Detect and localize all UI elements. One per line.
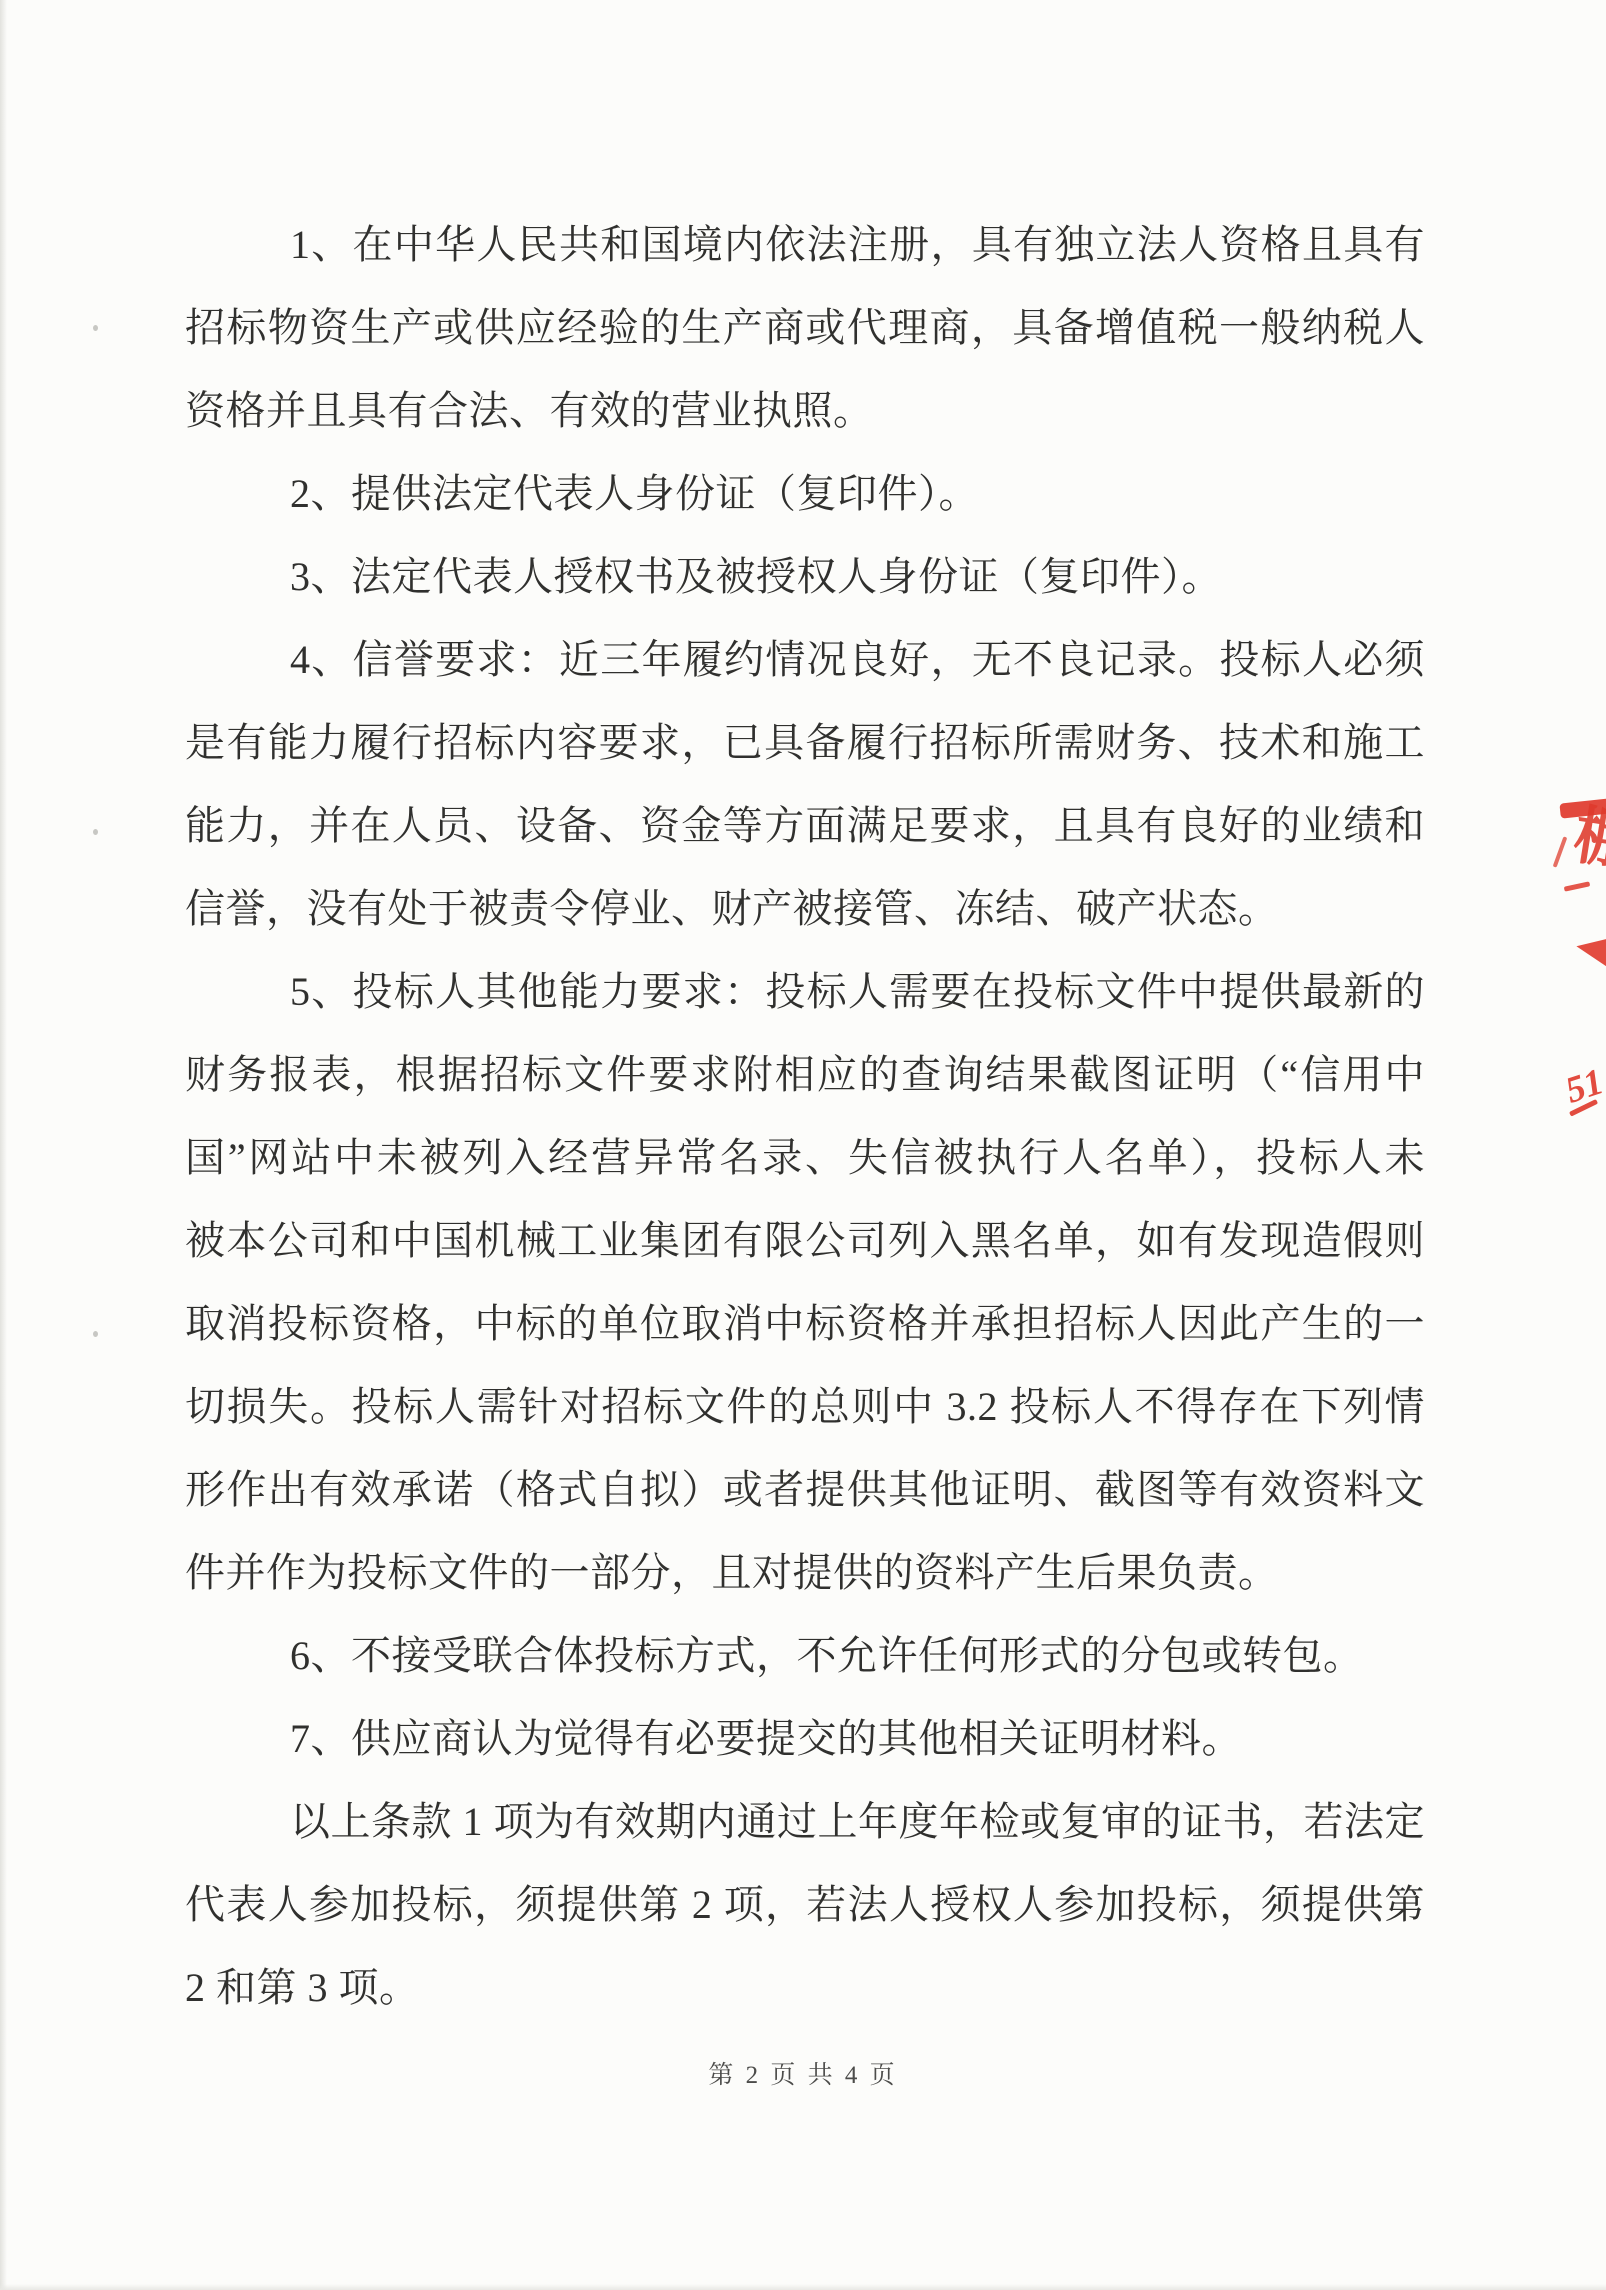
- text-line: 是有能力履行招标内容要求，已具备履行招标所需财务、技术和施工: [185, 701, 1425, 784]
- scan-speck: [93, 829, 98, 835]
- text-line: 取消投标资格，中标的单位取消中标资格并承担招标人因此产生的一: [185, 1282, 1425, 1365]
- text-line: 切损失。投标人需针对招标文件的总则中 3.2 投标人不得存在下列情: [185, 1365, 1425, 1448]
- text-line: 7、供应商认为觉得有必要提交的其他相关证明材料。: [185, 1697, 1425, 1780]
- stamp-dash: [1564, 881, 1590, 891]
- red-number-mark: 51: [1561, 1063, 1606, 1110]
- text-line: 能力，并在人员、设备、资金等方面满足要求，且具有良好的业绩和: [185, 784, 1425, 867]
- text-line: 3、法定代表人授权书及被授权人身份证（复印件）。: [185, 535, 1425, 618]
- text-line: 2、提供法定代表人身份证（复印件）。: [185, 452, 1425, 535]
- text-line: 招标物资生产或供应经验的生产商或代理商，具备增值税一般纳税人: [185, 286, 1425, 369]
- page-edge-left: [0, 0, 7, 2290]
- text-line: 2 和第 3 项。: [185, 1946, 1425, 2029]
- text-line: 代表人参加投标，须提供第 2 项，若法人授权人参加投标，须提供第: [185, 1863, 1425, 1946]
- stamp-tick: [1553, 836, 1568, 867]
- text-line: 5、投标人其他能力要求：投标人需要在投标文件中提供最新的: [185, 950, 1425, 1033]
- scanned-document-page: 1、在中华人民共和国境内依法注册，具有独立法人资格且具有招标物资生产或供应经验的…: [0, 0, 1606, 2290]
- text-line: 4、信誉要求：近三年履约情况良好，无不良记录。投标人必须: [185, 618, 1425, 701]
- text-line: 被本公司和中国机械工业集团有限公司列入黑名单，如有发现造假则: [185, 1199, 1425, 1282]
- text-line: 6、不接受联合体投标方式，不允许任何形式的分包或转包。: [185, 1614, 1425, 1697]
- text-line: 国”网站中未被列入经营异常名录、失信被执行人名单），投标人未: [185, 1116, 1425, 1199]
- page-footer: 第 2 页 共 4 页: [0, 2056, 1606, 2096]
- text-line: 以上条款 1 项为有效期内通过上年度年检或复审的证书，若法定: [185, 1780, 1425, 1863]
- text-line: 1、在中华人民共和国境内依法注册，具有独立法人资格且具有: [185, 203, 1425, 286]
- text-line: 形作出有效承诺（格式自拟）或者提供其他证明、截图等有效资料文: [185, 1448, 1425, 1531]
- scan-speck: [93, 325, 98, 331]
- red-stamp-fragment: 棚: [1556, 790, 1606, 910]
- red-triangle-mark: [1575, 934, 1606, 967]
- text-line: 财务报表，根据招标文件要求附相应的查询结果截图证明（“信用中: [185, 1033, 1425, 1116]
- text-line: 资格并且具有合法、有效的营业执照。: [185, 369, 1425, 452]
- text-line: 件并作为投标文件的一部分，且对提供的资料产生后果负责。: [185, 1531, 1425, 1614]
- page-edge-bottom: [0, 2284, 1606, 2290]
- scan-speck: [93, 1331, 98, 1337]
- text-block: 1、在中华人民共和国境内依法注册，具有独立法人资格且具有招标物资生产或供应经验的…: [185, 203, 1425, 2029]
- text-line: 信誉，没有处于被责令停业、财产被接管、冻结、破产状态。: [185, 867, 1425, 950]
